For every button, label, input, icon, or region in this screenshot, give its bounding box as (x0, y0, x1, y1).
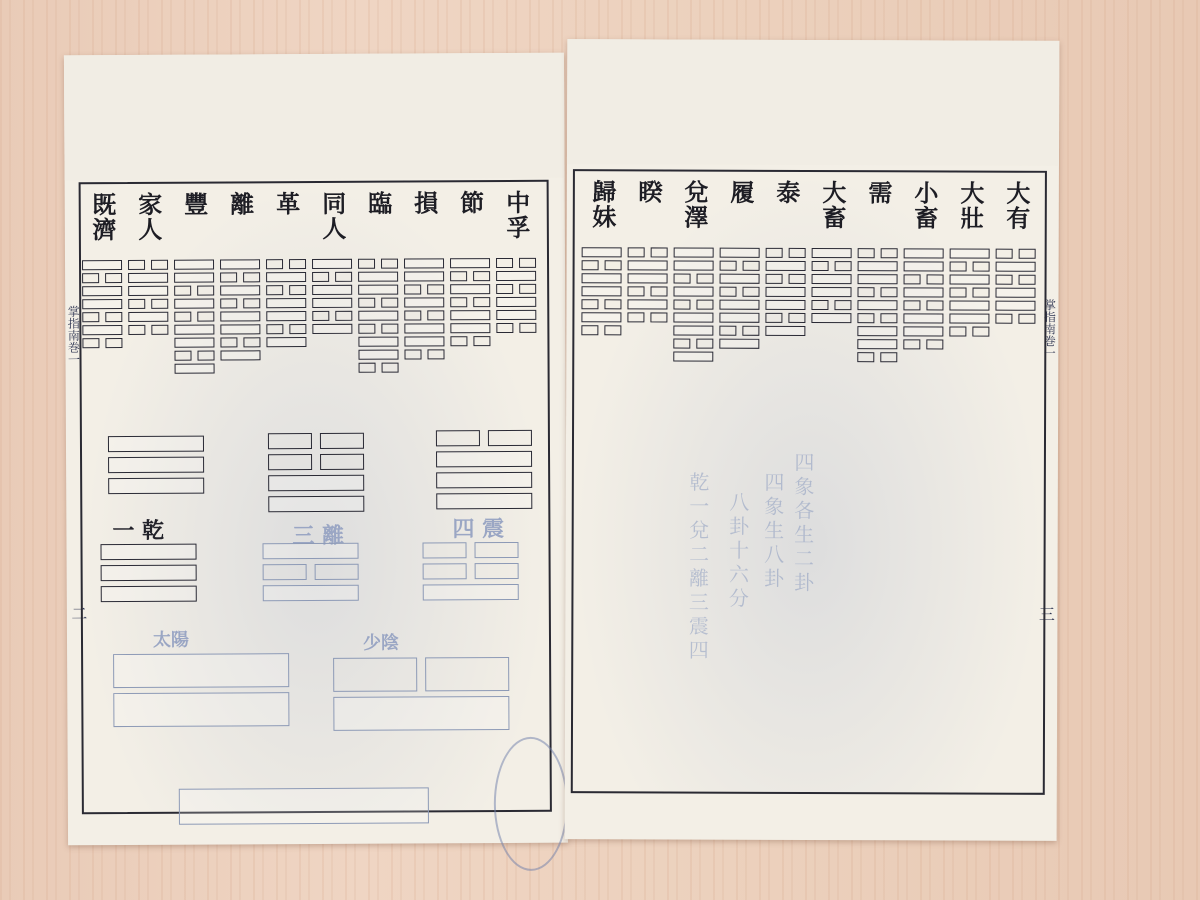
hexagram-column: 履 (716, 180, 763, 362)
hexagram-column: 大畜 (808, 180, 855, 362)
hexagram-lines (266, 259, 306, 347)
hexagram-lines (995, 249, 1035, 324)
hexagram-lines (82, 260, 122, 348)
top-margin (64, 53, 565, 181)
hexagram-lines (765, 248, 805, 336)
hexagram-lines (627, 247, 667, 322)
hexagram-name: 家人 (136, 192, 160, 254)
bleed-through-text: 八卦十六分 (723, 492, 752, 612)
hexagram-lines (174, 260, 215, 374)
hexagram-name: 大畜 (820, 180, 844, 242)
hexagram-column: 需 (854, 180, 901, 362)
hexagram-column: 革 (263, 191, 310, 373)
hexagram-lines (496, 258, 536, 333)
hexagram-name: 歸妹 (590, 179, 614, 241)
monogram-yang (179, 787, 429, 824)
hexagram-name: 臨 (366, 191, 390, 253)
faint-label-taiyang: 太陽 (153, 626, 189, 652)
hexagram-lines (811, 248, 851, 323)
hexagram-name: 兌澤 (682, 180, 706, 242)
bleed-through-text: 四象各生二卦 (788, 452, 818, 596)
hexagram-column: 離 (217, 191, 264, 373)
trigram-upper-right (436, 430, 532, 510)
hexagram-name: 豐 (182, 192, 206, 254)
trigram-label-qian: 一 乾 (112, 514, 164, 545)
trigram-upper-mid (268, 433, 364, 513)
hexagram-column: 豐 (171, 192, 218, 374)
hexagram-name: 損 (412, 190, 436, 252)
trigram-qian (100, 544, 196, 603)
hexagram-column: 泰 (762, 180, 809, 362)
hexagram-column: 節 (447, 190, 494, 372)
hexagram-row: 大有大壯小畜需大畜泰履兌澤睽歸妹 (578, 179, 1039, 363)
left-book-page: 掌指南巻一 二 中孚節損臨同人革離豐家人既濟 一 乾 三 離 四 震 太陽 少陰 (64, 53, 568, 846)
hexagram-column: 小畜 (900, 180, 947, 362)
hexagram-column: 中孚 (493, 190, 540, 372)
hexagram-name: 中孚 (504, 190, 528, 252)
hexagram-name: 革 (274, 191, 298, 253)
hexagram-column: 家人 (125, 192, 172, 374)
trigram-label-zhen: 四 震 (452, 512, 504, 543)
top-margin (567, 39, 1059, 166)
trigram-li (262, 543, 358, 602)
hexagram-name: 小畜 (912, 180, 936, 242)
hexagram-column: 大壯 (946, 180, 993, 362)
right-book-page: 掌指南巻一 三 大有大壯小畜需大畜泰履兌澤睽歸妹 四象各生二卦 四象生八卦 八卦… (565, 39, 1060, 841)
faint-label-shaoyin: 少陰 (363, 629, 399, 655)
hexagram-column: 臨 (355, 191, 402, 373)
hexagram-lines (404, 258, 445, 359)
hexagram-name: 睽 (636, 179, 660, 241)
trigram-upper-left (108, 436, 204, 495)
hexagram-lines (450, 258, 490, 346)
hexagram-name: 履 (728, 180, 752, 242)
hexagram-lines (128, 260, 168, 335)
hexagram-lines (581, 247, 621, 335)
hexagram-lines (719, 248, 759, 349)
hexagram-lines (220, 259, 261, 360)
bleed-through-text: 乾一兌二離三震四 (683, 472, 713, 664)
hexagram-lines (903, 248, 943, 349)
hexagram-lines (358, 259, 399, 373)
bigram-shaoyin (333, 657, 509, 731)
hexagram-column: 既濟 (79, 192, 126, 374)
hexagram-column: 兌澤 (670, 180, 717, 362)
print-frame: 大有大壯小畜需大畜泰履兌澤睽歸妹 四象各生二卦 四象生八卦 八卦十六分 乾一兌二… (571, 169, 1047, 795)
hexagram-column: 同人 (309, 191, 356, 373)
hexagram-name: 既濟 (90, 192, 114, 254)
hexagram-column: 歸妹 (578, 179, 625, 361)
hexagram-name: 大壯 (958, 181, 982, 243)
hexagram-name: 離 (228, 191, 252, 253)
trigram-zhen (422, 542, 518, 601)
hexagram-name: 需 (866, 180, 890, 242)
hexagram-row: 中孚節損臨同人革離豐家人既濟 (79, 190, 540, 374)
hexagram-column: 大有 (992, 181, 1039, 363)
hexagram-name: 同人 (320, 191, 344, 253)
bleed-through-text: 四象生八卦 (758, 472, 787, 592)
hexagram-lines (949, 248, 989, 336)
hexagram-column: 損 (401, 190, 448, 372)
hexagram-column: 睽 (624, 179, 671, 361)
print-frame: 中孚節損臨同人革離豐家人既濟 一 乾 三 離 四 震 太陽 少陰 (79, 180, 552, 814)
ownership-seal (494, 737, 569, 871)
hexagram-name: 大有 (1004, 181, 1028, 243)
bigram-taiyang (113, 653, 289, 727)
hexagram-name: 節 (458, 190, 482, 252)
hexagram-lines (857, 248, 897, 362)
hexagram-lines (673, 248, 713, 362)
hexagram-lines (312, 259, 352, 334)
hexagram-name: 泰 (774, 180, 798, 242)
